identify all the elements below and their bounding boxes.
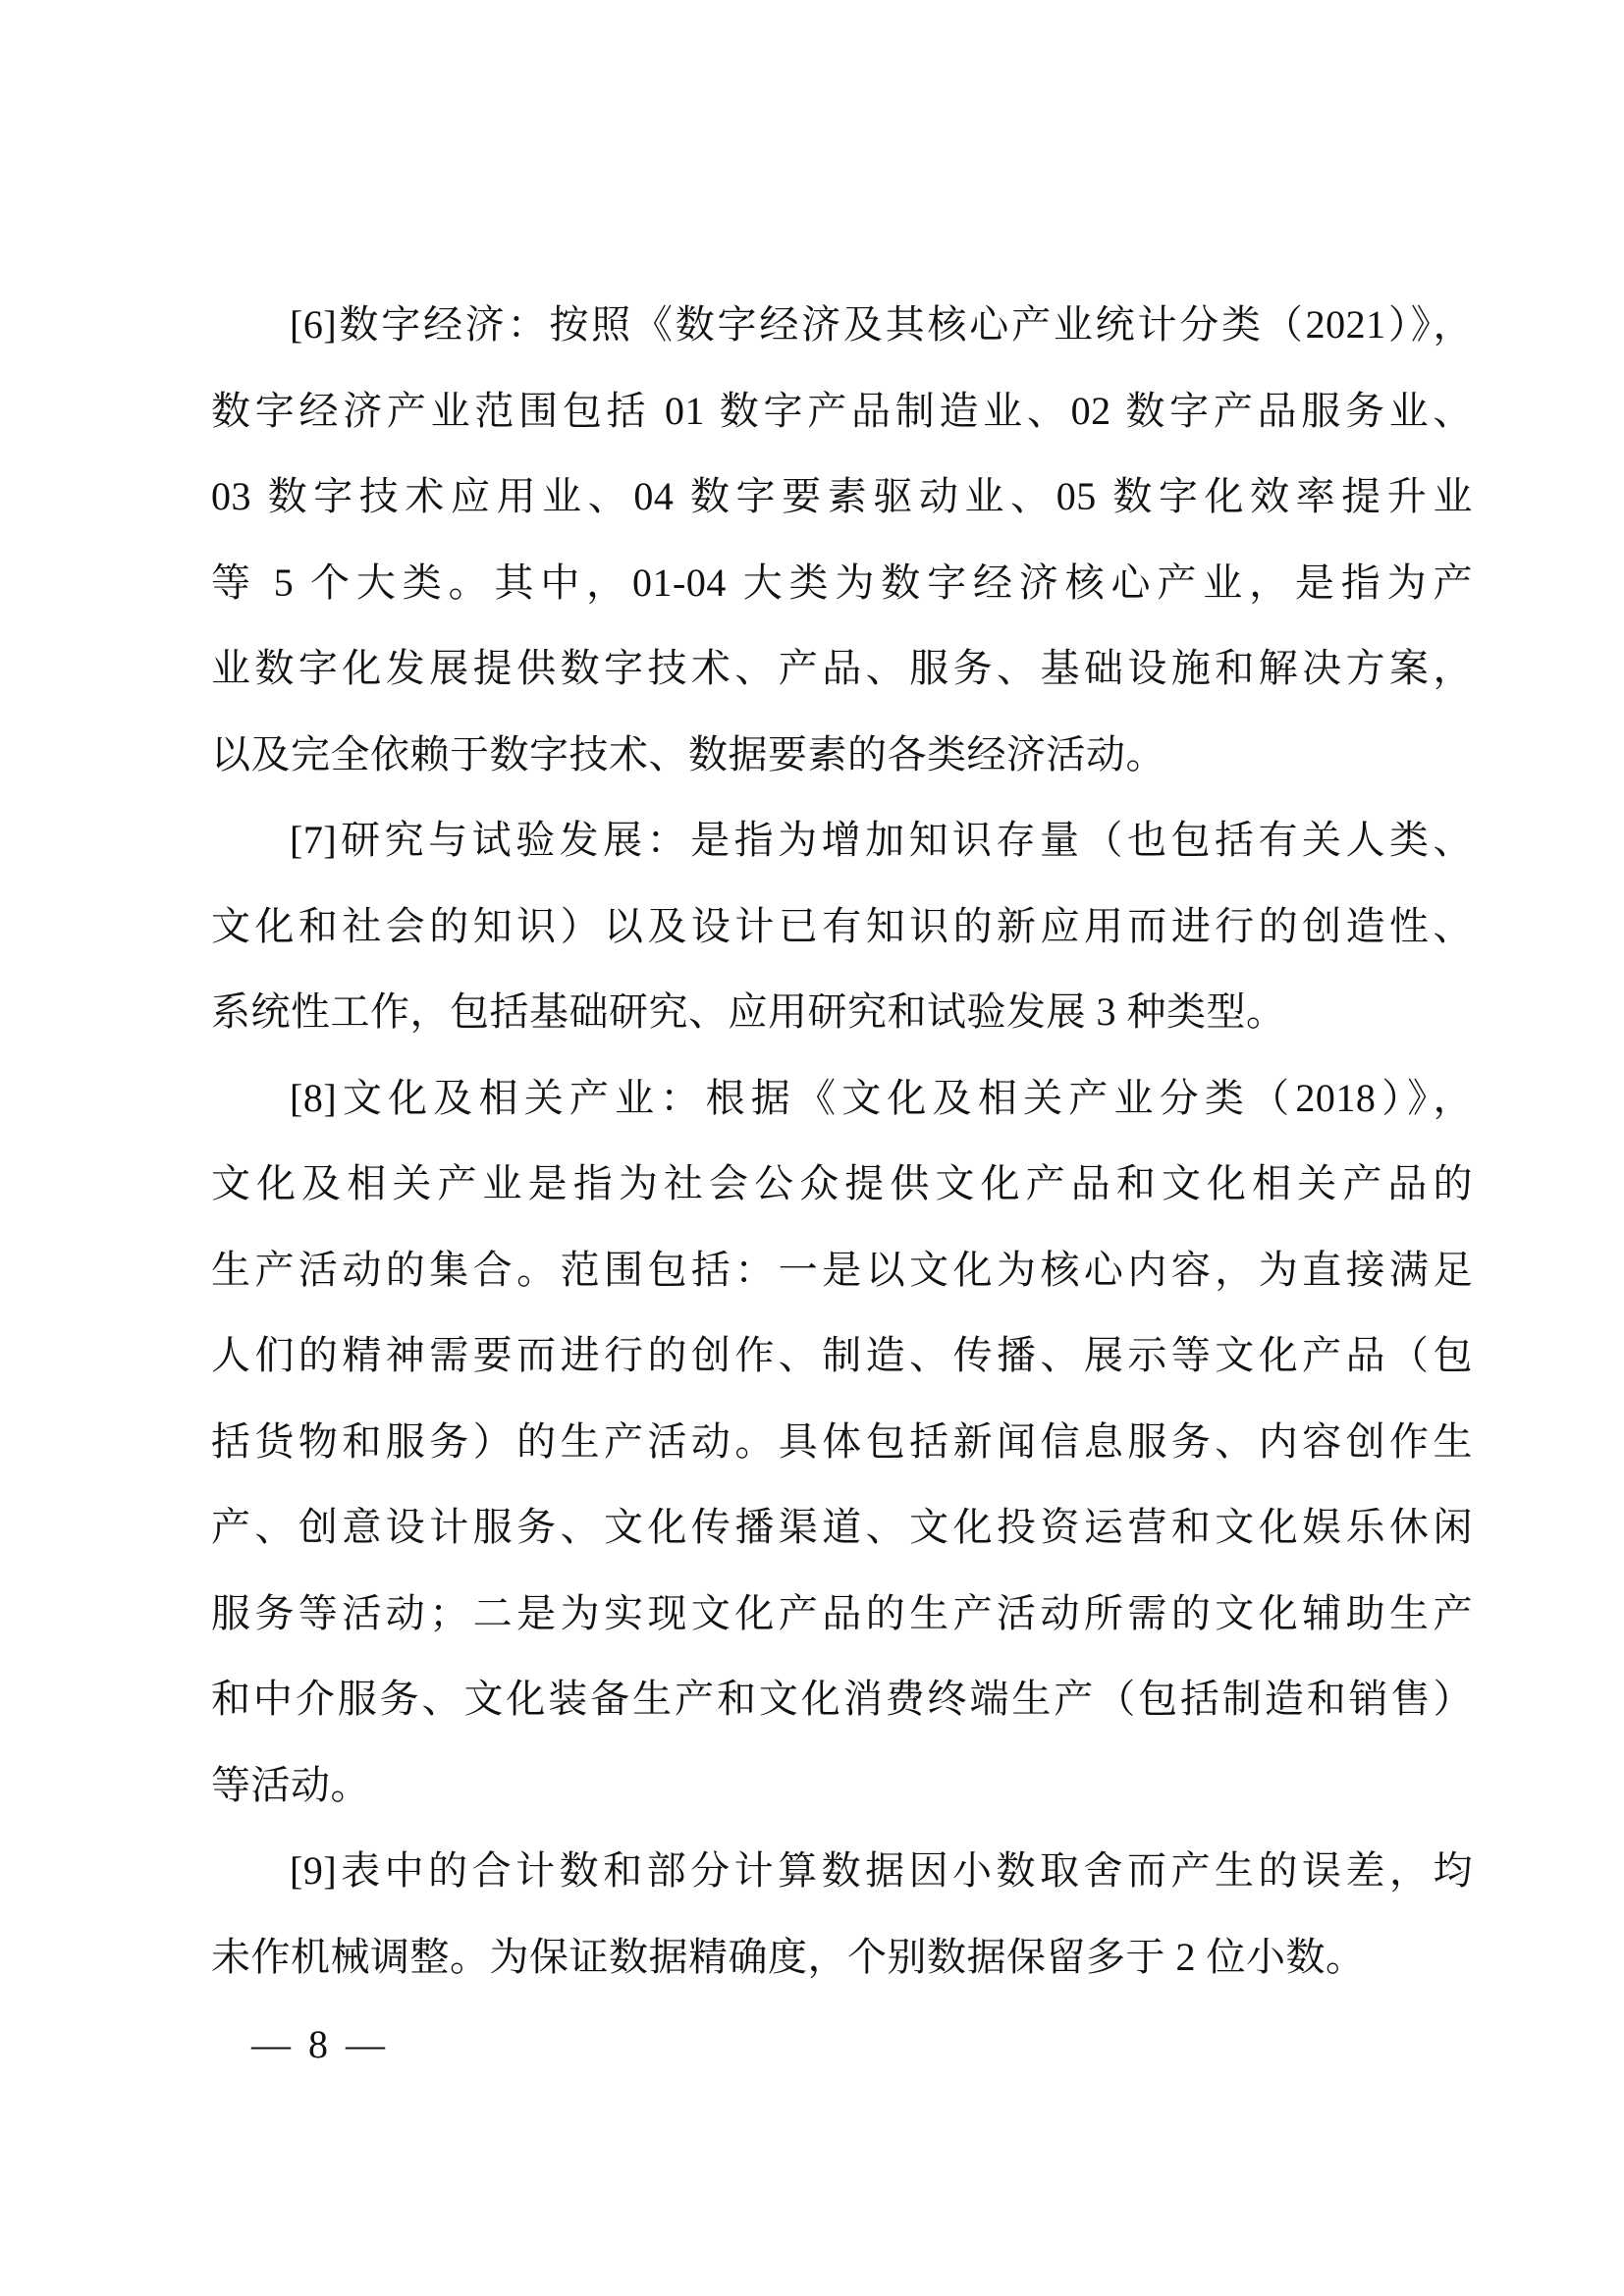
notes-text-block: [6]数字经济：按照《数字经济及其核心产业统计分类（2021）》， 数字经济产业…: [211, 282, 1473, 2000]
note6-line-2: 数字经济产业范围包括 01 数字产品制造业、02 数字产品服务业、: [211, 368, 1473, 454]
note8-line-1: [8]文化及相关产业：根据《文化及相关产业分类（2018）》，: [211, 1055, 1473, 1142]
note6-line-5: 业数字化发展提供数字技术、产品、服务、基础设施和解决方案，: [211, 625, 1473, 712]
note7-line-2: 文化和社会的知识）以及设计已有知识的新应用而进行的创造性、: [211, 883, 1473, 970]
note6-line-3: 03 数字技术应用业、04 数字要素驱动业、05 数字化效率提升业: [211, 454, 1473, 540]
note7-line-1: [7]研究与试验发展：是指为增加知识存量（也包括有关人类、: [211, 797, 1473, 883]
note8-line-3: 生产活动的集合。范围包括：一是以文化为核心内容，为直接满足: [211, 1227, 1473, 1313]
note7-line-3: 系统性工作，包括基础研究、应用研究和试验发展 3 种类型。: [211, 969, 1473, 1055]
note8-line-8: 和中介服务、文化装备生产和文化消费终端生产（包括制造和销售）: [211, 1656, 1473, 1742]
note8-line-6: 产、创意设计服务、文化传播渠道、文化投资运营和文化娱乐休闲: [211, 1484, 1473, 1571]
note9-line-2: 未作机械调整。为保证数据精确度，个别数据保留多于 2 位小数。: [211, 1914, 1473, 2001]
note8-line-4: 人们的精神需要而进行的创作、制造、传播、展示等文化产品（包: [211, 1312, 1473, 1399]
note6-line-4: 等 5 个大类。其中，01-04 大类为数字经济核心产业，是指为产: [211, 540, 1473, 626]
note8-line-9: 等活动。: [211, 1742, 1473, 1829]
note9-line-1: [9]表中的合计数和部分计算数据因小数取舍而产生的误差，均: [211, 1828, 1473, 1914]
note6-line-1: [6]数字经济：按照《数字经济及其核心产业统计分类（2021）》，: [211, 282, 1473, 368]
page-number: — 8 —: [251, 2021, 389, 2068]
note8-line-5: 括货物和服务）的生产活动。具体包括新闻信息服务、内容创作生: [211, 1399, 1473, 1485]
document-page: [6]数字经济：按照《数字经济及其核心产业统计分类（2021）》， 数字经济产业…: [0, 0, 1624, 2296]
note8-line-7: 服务等活动；二是为实现文化产品的生产活动所需的文化辅助生产: [211, 1571, 1473, 1657]
note6-line-6: 以及完全依赖于数字技术、数据要素的各类经济活动。: [211, 712, 1473, 798]
note8-line-2: 文化及相关产业是指为社会公众提供文化产品和文化相关产品的: [211, 1141, 1473, 1227]
